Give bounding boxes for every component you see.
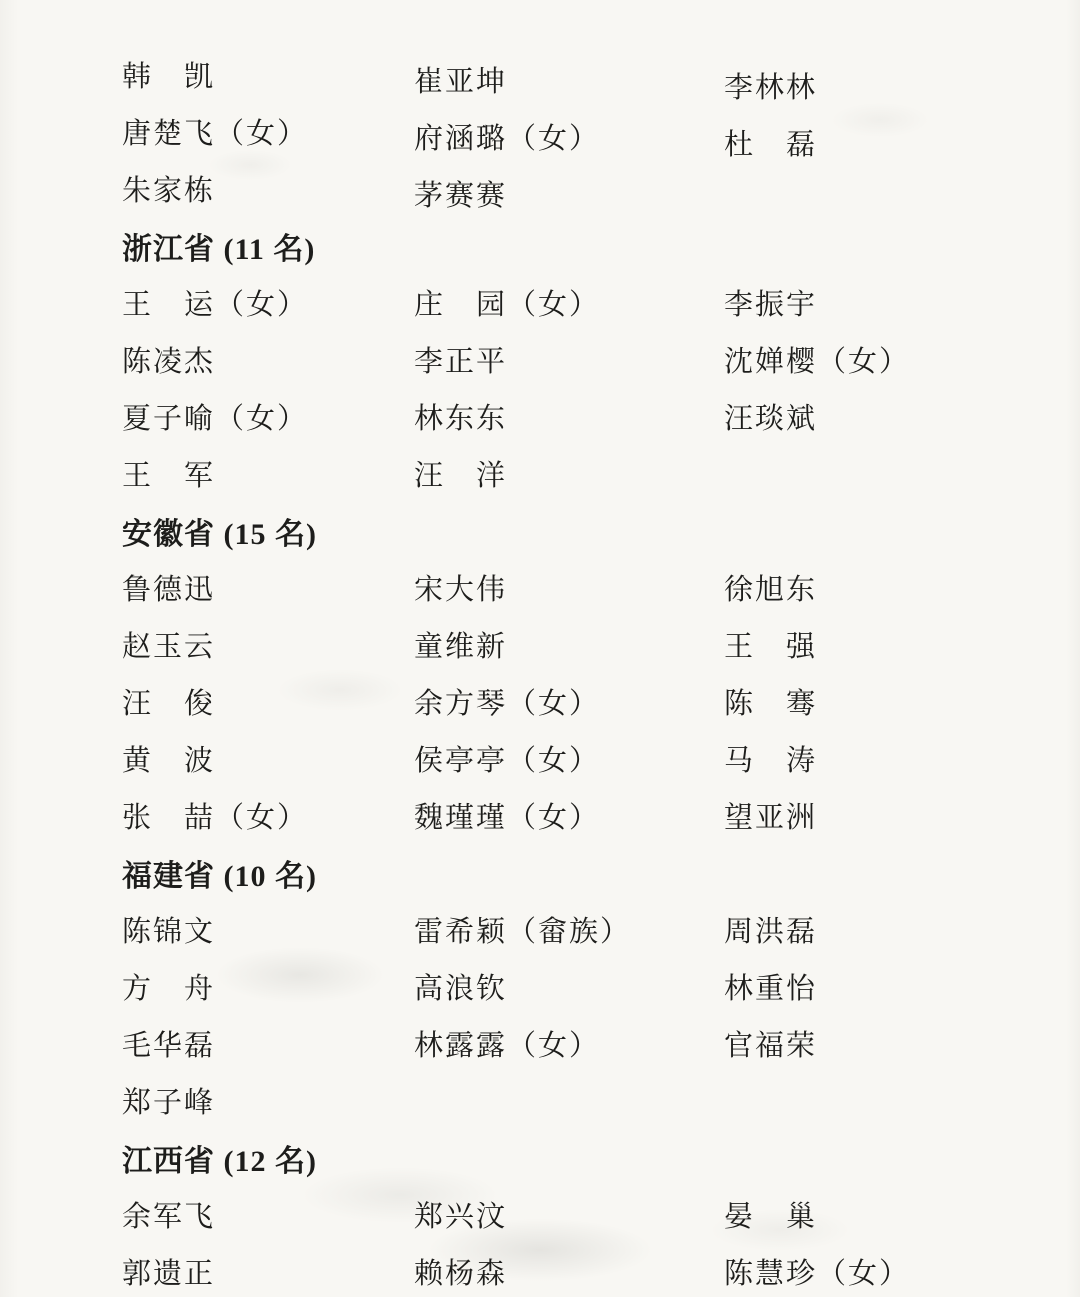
name-row: 赵玉云童维新王 强 (122, 616, 1040, 673)
person-name: 周洪磊 (724, 909, 1040, 950)
person-name: 官福荣 (724, 1023, 1040, 1064)
name-row: 夏子喻（女）林东东汪琰斌 (122, 388, 1040, 445)
person-name: 林东东 (414, 396, 724, 437)
person-name: 崔亚坤 (414, 59, 724, 100)
person-name: 毛华磊 (122, 1023, 414, 1064)
person-name: 余方琴（女） (414, 681, 724, 722)
province-section: 安徽省 (15 名)鲁德迅宋大伟徐旭东赵玉云童维新王 强汪 俊余方琴（女）陈 骞… (122, 502, 1040, 844)
person-name: 沈婵樱（女） (724, 339, 1040, 380)
person-name: 赵玉云 (122, 624, 414, 665)
person-name: 杜 磊 (724, 122, 1040, 163)
province-section: 福建省 (10 名)陈锦文雷希颖（畲族）周洪磊方 舟高浪钦林重怡毛华磊林露露（女… (122, 844, 1040, 1129)
province-section: 江西省 (12 名)余军飞郑兴汶晏 巢郭遗正赖杨森陈慧珍（女） (122, 1129, 1040, 1297)
person-name: 陈 骞 (724, 681, 1040, 722)
person-name: 徐旭东 (724, 567, 1040, 608)
person-name: 晏 巢 (724, 1194, 1040, 1235)
name-row: 韩 凯崔亚坤李林林 (122, 46, 1040, 103)
person-name: 郭遗正 (122, 1251, 414, 1292)
person-name: 望亚洲 (724, 795, 1040, 836)
person-name: 夏子喻（女） (122, 396, 414, 437)
name-row: 余军飞郑兴汶晏 巢 (122, 1186, 1040, 1243)
person-name: 朱家栋 (122, 168, 414, 209)
person-name: 韩 凯 (122, 54, 414, 95)
person-name: 童维新 (414, 624, 724, 665)
name-row: 方 舟高浪钦林重怡 (122, 958, 1040, 1015)
person-name: 侯亭亭（女） (414, 738, 724, 779)
name-list: 韩 凯崔亚坤李林林唐楚飞（女）府涵璐（女）杜 磊朱家栋茅赛赛浙江省 (11 名)… (0, 0, 1080, 1297)
person-name: 马 涛 (724, 738, 1040, 779)
person-name: 宋大伟 (414, 567, 724, 608)
name-row: 郭遗正赖杨森陈慧珍（女） (122, 1243, 1040, 1297)
person-name: 林重怡 (724, 966, 1040, 1007)
name-row: 张 喆（女）魏瑾瑾（女）望亚洲 (122, 787, 1040, 844)
name-row: 陈凌杰李正平沈婵樱（女） (122, 331, 1040, 388)
person-name: 府涵璐（女） (414, 116, 724, 157)
name-row: 毛华磊林露露（女）官福荣 (122, 1015, 1040, 1072)
section-header: 福建省 (10 名) (122, 844, 1040, 901)
name-row: 陈锦文雷希颖（畲族）周洪磊 (122, 901, 1040, 958)
person-name: 郑子峰 (122, 1080, 414, 1121)
person-name: 汪 俊 (122, 681, 414, 722)
person-name: 余军飞 (122, 1194, 414, 1235)
person-name: 鲁德迅 (122, 567, 414, 608)
person-name: 张 喆（女） (122, 795, 414, 836)
province-section: 浙江省 (11 名)王 运（女）庄 园（女）李振宇陈凌杰李正平沈婵樱（女）夏子喻… (122, 217, 1040, 502)
person-name: 王 军 (122, 453, 414, 494)
name-row: 朱家栋茅赛赛 (122, 160, 1040, 217)
person-name: 陈慧珍（女） (724, 1251, 1040, 1292)
person-name: 黄 波 (122, 738, 414, 779)
person-name: 李正平 (414, 339, 724, 380)
person-name: 雷希颖（畲族） (414, 909, 724, 950)
person-name: 李林林 (724, 65, 1040, 106)
person-name: 林露露（女） (414, 1023, 724, 1064)
name-row: 鲁德迅宋大伟徐旭东 (122, 559, 1040, 616)
person-name: 汪琰斌 (724, 396, 1040, 437)
section-header: 江西省 (12 名) (122, 1129, 1040, 1186)
person-name: 陈锦文 (122, 909, 414, 950)
person-name: 高浪钦 (414, 966, 724, 1007)
section-header: 浙江省 (11 名) (122, 217, 1040, 274)
scanned-document-page: 韩 凯崔亚坤李林林唐楚飞（女）府涵璐（女）杜 磊朱家栋茅赛赛浙江省 (11 名)… (0, 0, 1080, 1297)
name-row: 王 运（女）庄 园（女）李振宇 (122, 274, 1040, 331)
person-name: 魏瑾瑾（女） (414, 795, 724, 836)
person-name: 王 运（女） (122, 282, 414, 323)
name-row: 王 军汪 洋 (122, 445, 1040, 502)
name-row: 黄 波侯亭亭（女）马 涛 (122, 730, 1040, 787)
name-row: 郑子峰 (122, 1072, 1040, 1129)
person-name: 王 强 (724, 624, 1040, 665)
name-row: 汪 俊余方琴（女）陈 骞 (122, 673, 1040, 730)
person-name: 唐楚飞（女） (122, 111, 414, 152)
person-name: 李振宇 (724, 282, 1040, 323)
section-header: 安徽省 (15 名) (122, 502, 1040, 559)
name-row: 唐楚飞（女）府涵璐（女）杜 磊 (122, 103, 1040, 160)
continuation-section: 韩 凯崔亚坤李林林唐楚飞（女）府涵璐（女）杜 磊朱家栋茅赛赛 (122, 46, 1040, 217)
person-name: 郑兴汶 (414, 1194, 724, 1235)
person-name: 庄 园（女） (414, 282, 724, 323)
person-name: 茅赛赛 (414, 173, 724, 214)
person-name: 赖杨森 (414, 1251, 724, 1292)
person-name: 方 舟 (122, 966, 414, 1007)
person-name: 汪 洋 (414, 453, 724, 494)
person-name: 陈凌杰 (122, 339, 414, 380)
